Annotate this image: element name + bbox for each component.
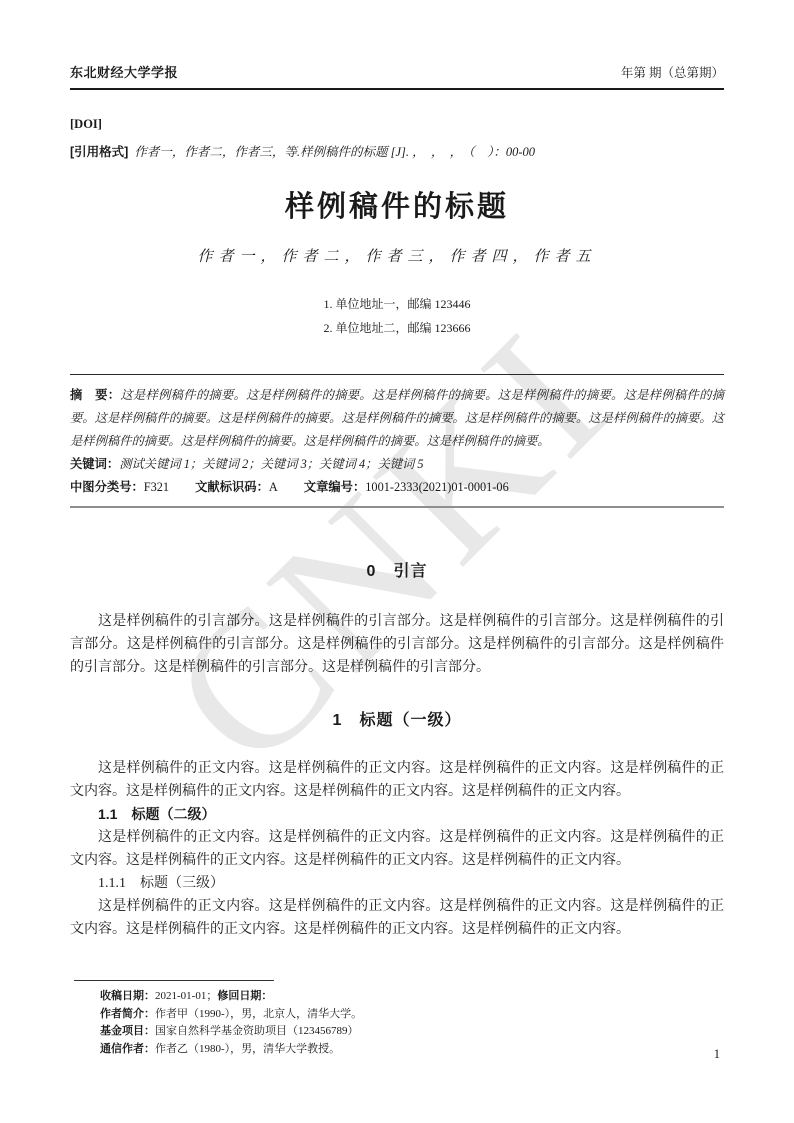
clc-group: 中图分类号：F321 xyxy=(70,480,169,494)
corresponding-author-label: 通信作者： xyxy=(100,1043,155,1055)
article-id-label: 文章编号： xyxy=(304,480,366,494)
issue-info: 年第 期（总第期） xyxy=(621,63,724,81)
journal-name: 东北财经大学学报 xyxy=(70,62,178,81)
affiliation-1: 1. 单位地址一，邮编 123446 xyxy=(70,292,724,316)
abstract-bottom-rule xyxy=(70,506,724,508)
page-number: 1 xyxy=(714,1047,720,1062)
fund-label: 基金项目： xyxy=(100,1025,155,1037)
abstract-text: 这是样例稿件的摘要。这是样例稿件的摘要。这是样例稿件的摘要。这是样例稿件的摘要。… xyxy=(70,388,724,448)
keywords-text: 测试关键词 1；关键词 2；关键词 3；关键词 4；关键词 5 xyxy=(119,457,423,471)
section-1-1-paragraph: 这是样例稿件的正文内容。这是样例稿件的正文内容。这是样例稿件的正文内容。这是样例… xyxy=(70,826,724,872)
citation-format-label: [引用格式] xyxy=(70,145,128,159)
footnote-corresponding: 通信作者：作者乙（1980-），男，清华大学教授。 xyxy=(70,1041,724,1059)
citation-text: 作者一，作者二，作者三，等.样例稿件的标题 [J]. ， ， ， （ ）：00-… xyxy=(134,145,535,159)
footnote-author-bio: 作者简介：作者甲（1990-），男，北京人，清华大学。 xyxy=(70,1006,724,1024)
clc-value: F321 xyxy=(144,480,169,494)
keywords-label: 关键词： xyxy=(70,457,119,471)
header-rule xyxy=(70,88,724,90)
section-1-1-1-paragraph: 这是样例稿件的正文内容。这是样例稿件的正文内容。这是样例稿件的正文内容。这是样例… xyxy=(70,895,724,941)
page-content: 东北财经大学学报 年第 期（总第期） [DOI] [引用格式]作者一，作者二，作… xyxy=(0,0,794,1123)
footnote-dates: 收稿日期：2021-01-01；修回日期： xyxy=(70,988,724,1006)
doi-label: [DOI] xyxy=(70,117,724,132)
fund-value: 国家自然科学基金资助项目（123456789） xyxy=(155,1025,359,1037)
article-id-group: 文章编号：1001-2333(2021)01-0001-06 xyxy=(304,480,509,494)
abstract-label: 摘 要： xyxy=(70,388,120,402)
doc-code-group: 文献标识码：A xyxy=(195,480,278,494)
section-1-1-heading: 1.1 标题（二级） xyxy=(70,803,724,826)
article-title: 样例稿件的标题 xyxy=(70,184,724,225)
revised-date-label: 修回日期： xyxy=(217,990,272,1002)
article-id-value: 1001-2333(2021)01-0001-06 xyxy=(365,480,508,494)
citation-line: [引用格式]作者一，作者二，作者三，等.样例稿件的标题 [J]. ， ， ， （… xyxy=(70,142,724,160)
abstract-top-rule xyxy=(70,374,724,375)
section-1-1-1-heading: 1.1.1 标题（三级） xyxy=(70,872,724,895)
footnote-separator xyxy=(74,980,274,981)
abstract-paragraph: 摘 要：这是样例稿件的摘要。这是样例稿件的摘要。这是样例稿件的摘要。这是样例稿件… xyxy=(70,384,724,453)
running-header: 东北财经大学学报 年第 期（总第期） xyxy=(70,62,724,81)
journal-article-page: CNKI 东北财经大学学报 年第 期（总第期） [DOI] [引用格式]作者一，… xyxy=(0,0,794,1123)
affiliation-2: 2. 单位地址二，邮编 123666 xyxy=(70,316,724,340)
received-date-label: 收稿日期： xyxy=(100,990,155,1002)
doc-code-label: 文献标识码： xyxy=(195,480,269,494)
abstract-block: 摘 要：这是样例稿件的摘要。这是样例稿件的摘要。这是样例稿件的摘要。这是样例稿件… xyxy=(70,384,724,499)
keywords-line: 关键词：测试关键词 1；关键词 2；关键词 3；关键词 4；关键词 5 xyxy=(70,453,724,476)
section-0-paragraph: 这是样例稿件的引言部分。这是样例稿件的引言部分。这是样例稿件的引言部分。这是样例… xyxy=(70,610,724,679)
affiliations: 1. 单位地址一，邮编 123446 2. 单位地址二，邮编 123666 xyxy=(70,292,724,340)
footnote-block: 收稿日期：2021-01-01；修回日期： 作者简介：作者甲（1990-），男，… xyxy=(70,980,724,1058)
clc-label: 中图分类号： xyxy=(70,480,144,494)
author-list: 作者一，作者二，作者三，作者四，作者五 xyxy=(70,245,724,266)
section-0-heading: 0 引言 xyxy=(70,560,724,584)
doc-code-value: A xyxy=(269,480,278,494)
section-1-heading: 1 标题（一级） xyxy=(70,709,724,733)
footnote-fund: 基金项目：国家自然科学基金资助项目（123456789） xyxy=(70,1023,724,1041)
author-bio-label: 作者简介： xyxy=(100,1008,155,1020)
corresponding-author-value: 作者乙（1980-），男，清华大学教授。 xyxy=(155,1043,340,1055)
section-1-paragraph: 这是样例稿件的正文内容。这是样例稿件的正文内容。这是样例稿件的正文内容。这是样例… xyxy=(70,757,724,803)
author-bio-value: 作者甲（1990-），男，北京人，清华大学。 xyxy=(155,1008,362,1020)
received-date-value: 2021-01-01； xyxy=(155,990,217,1002)
classification-line: 中图分类号：F321文献标识码：A文章编号：1001-2333(2021)01-… xyxy=(70,476,724,499)
